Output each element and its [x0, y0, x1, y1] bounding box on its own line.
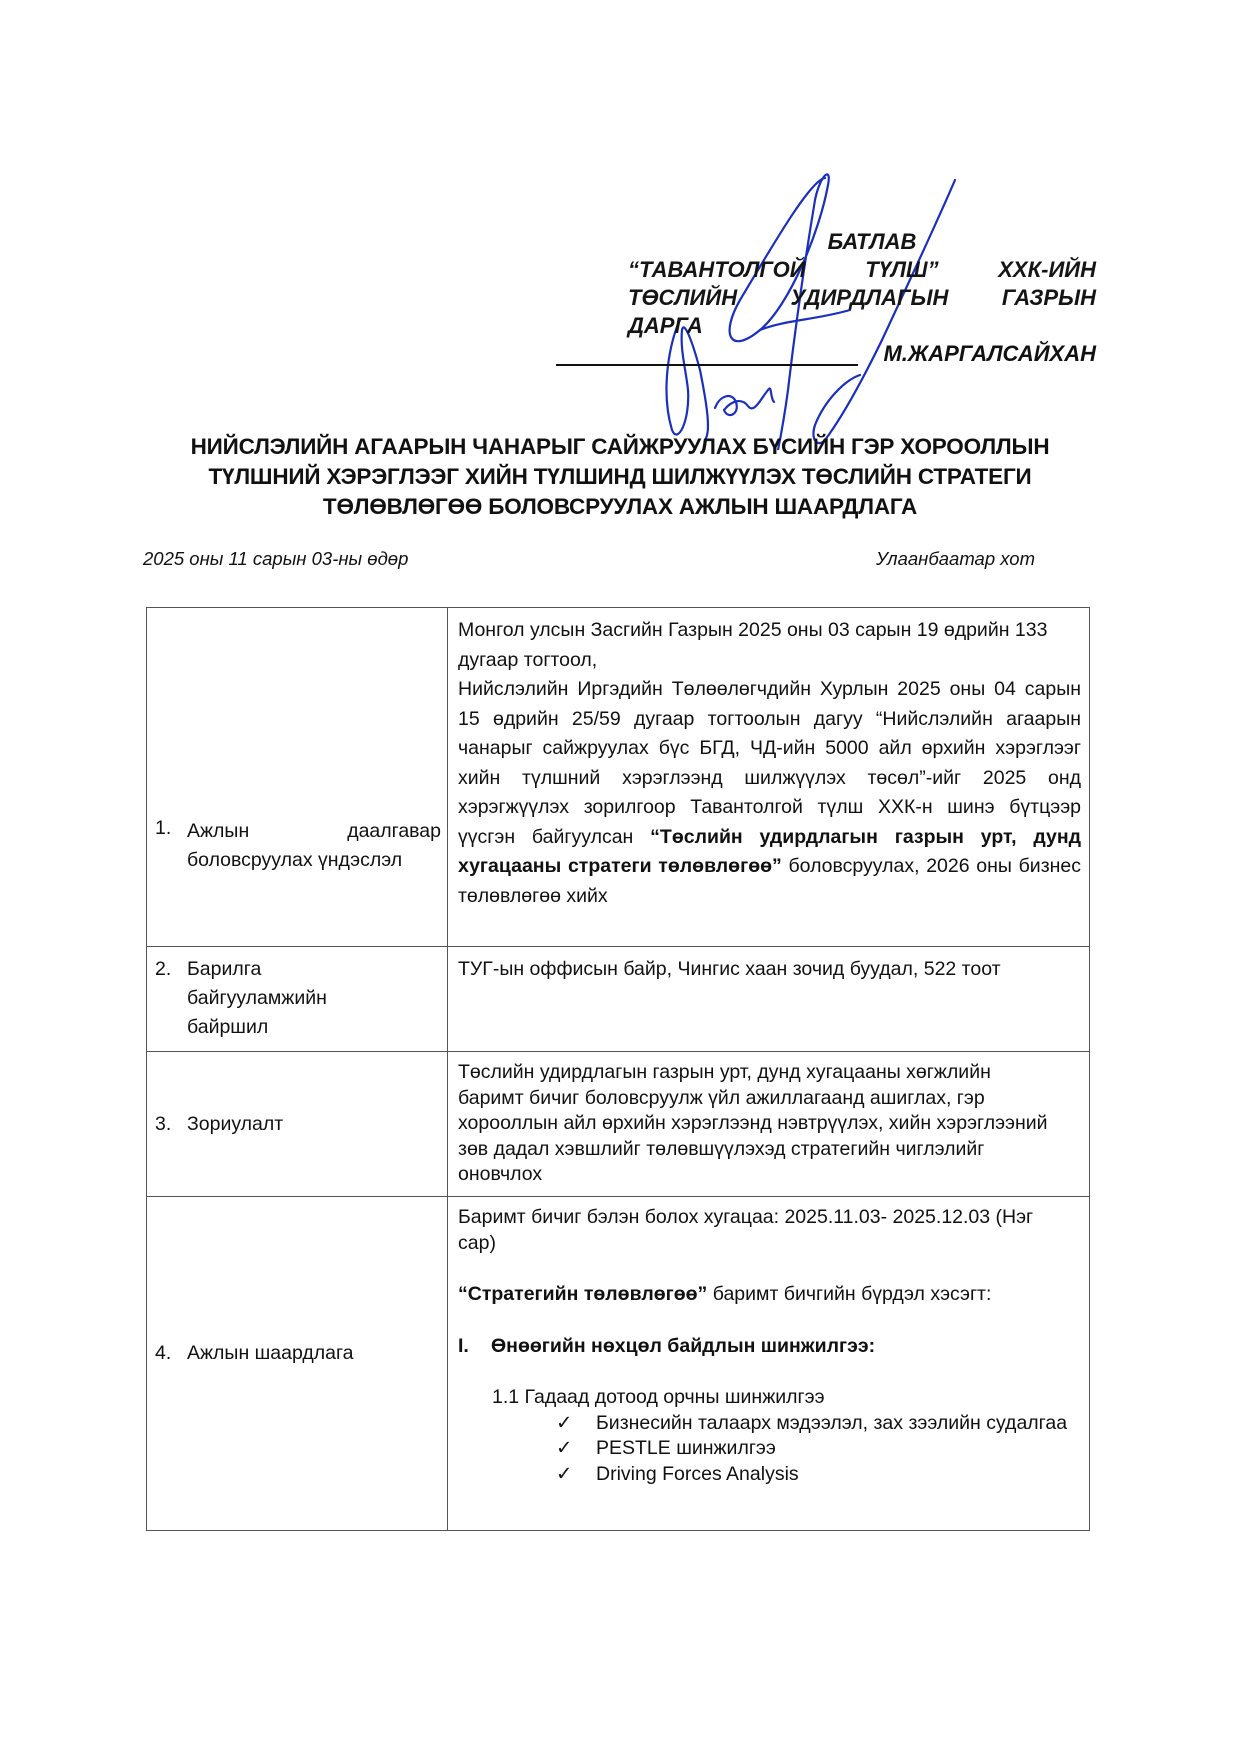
requirements-table: 1. Ажлын даалгавар боловсруулах үндэслэл…	[146, 607, 1090, 1531]
table-row: 2. Барилга байгууламжийн байршил ТУГ-ын …	[147, 947, 1090, 1052]
strategy-plan-label: “Стратегийн төлөвлөгөө”	[458, 1283, 707, 1305]
title-line-2: ТҮЛШНИЙ ХЭРЭГЛЭЭГ ХИЙН ТҮЛШИНД ШИЛЖҮҮЛЭХ…	[120, 462, 1120, 492]
approval-block: БАТЛАВ “ТАВАНТОЛГОЙ ТҮЛШ” ХХК-ИЙН ТӨСЛИЙ…	[628, 228, 1096, 340]
row-number: 3.	[155, 1113, 187, 1136]
row-label-cell: 3. Зориулалт	[147, 1052, 448, 1197]
section-heading: I. Өнөөгийн нөхцөл байдлын шинжилгээ:	[458, 1334, 1081, 1360]
document-meta: 2025 оны 11 сарын 03-ны өдөр Улаанбаатар…	[143, 548, 1035, 574]
check-icon: ✓	[556, 1462, 596, 1488]
row-number: 4.	[155, 1342, 187, 1365]
approval-title-line: ДАРГА	[628, 312, 1096, 340]
row-value-cell: Төслийн удирдлагын газрын урт, дунд хуга…	[448, 1052, 1090, 1197]
document-date: 2025 оны 11 сарын 03-ны өдөр	[143, 548, 408, 570]
check-icon: ✓	[556, 1436, 596, 1462]
signatory-name: М.ЖАРГАЛСАЙХАН	[883, 341, 1096, 367]
row-label: Зориулалт	[187, 1113, 441, 1136]
document-city: Улаанбаатар хот	[876, 548, 1035, 570]
row-value-cell: ТУГ-ын оффисын байр, Чингис хаан зочид б…	[448, 947, 1090, 1052]
row-label-cell: 2. Барилга байгууламжийн байршил	[147, 947, 448, 1052]
signature-underline	[556, 364, 858, 366]
approval-org-line: “ТАВАНТОЛГОЙ ТҮЛШ” ХХК-ИЙН	[628, 256, 1096, 284]
row-number: 1.	[155, 817, 187, 875]
purpose-text: Төслийн удирдлагын газрын урт, дунд хуга…	[458, 1060, 1081, 1188]
checklist-item: ✓PESTLE шинжилгээ	[528, 1436, 1081, 1462]
row-label-cell: 1. Ажлын даалгавар боловсруулах үндэслэл	[147, 608, 448, 947]
building-location: ТУГ-ын оффисын байр, Чингис хаан зочид б…	[458, 955, 1081, 984]
table-row: 3. Зориулалт Төслийн удирдлагын газрын у…	[147, 1052, 1090, 1197]
section-number: I.	[458, 1334, 491, 1360]
checklist: ✓Бизнесийн талаарх мэдээлэл, зах зээлийн…	[458, 1411, 1081, 1488]
row-number: 2.	[155, 955, 187, 1042]
row-label: Ажлын шаардлага	[187, 1342, 441, 1365]
title-line-1: НИЙСЛЭЛИЙН АГААРЫН ЧАНАРЫГ САЙЖРУУЛАХ БҮ…	[120, 432, 1120, 462]
approval-dept-line: ТӨСЛИЙН УДИРДЛАГЫН ГАЗРЫН	[628, 284, 1096, 312]
row-value-cell: Баримт бичиг бэлэн болох хугацаа: 2025.1…	[448, 1197, 1090, 1531]
deadline-text: Баримт бичиг бэлэн болох хугацаа: 2025.1…	[458, 1205, 1081, 1256]
structure-intro: “Стратегийн төлөвлөгөө” баримт бичгийн б…	[458, 1282, 1081, 1308]
checklist-item: ✓Бизнесийн талаарх мэдээлэл, зах зээлийн…	[528, 1411, 1081, 1437]
row-label: Ажлын даалгавар боловсруулах үндэслэл	[187, 817, 441, 875]
basis-resolution-1: Монгол улсын Засгийн Газрын 2025 оны 03 …	[458, 616, 1081, 675]
signatory-row: М.ЖАРГАЛСАЙХАН	[556, 341, 1096, 369]
section-title: Өнөөгийн нөхцөл байдлын шинжилгээ:	[491, 1334, 875, 1360]
document-title: НИЙСЛЭЛИЙН АГААРЫН ЧАНАРЫГ САЙЖРУУЛАХ БҮ…	[120, 432, 1120, 522]
check-icon: ✓	[556, 1411, 596, 1437]
row-value-cell: Монгол улсын Засгийн Газрын 2025 оны 03 …	[448, 608, 1090, 947]
checklist-item: ✓Driving Forces Analysis	[528, 1462, 1081, 1488]
table-row: 1. Ажлын даалгавар боловсруулах үндэслэл…	[147, 608, 1090, 947]
row-label: Барилга байгууламжийн байршил	[187, 955, 377, 1042]
row-label-cell: 4. Ажлын шаардлага	[147, 1197, 448, 1531]
title-line-3: ТӨЛӨВЛӨГӨӨ БОЛОВСРУУЛАХ АЖЛЫН ШААРДЛАГА	[120, 492, 1120, 522]
subsection-title: 1.1 Гадаад дотоод орчны шинжилгээ	[458, 1385, 1081, 1411]
basis-resolution-2: Нийслэлийн Иргэдийн Төлөөлөгчдийн Хурлын…	[458, 675, 1081, 911]
approval-heading: БАТЛАВ	[628, 228, 1096, 256]
table-row: 4. Ажлын шаардлага Баримт бичиг бэлэн бо…	[147, 1197, 1090, 1531]
